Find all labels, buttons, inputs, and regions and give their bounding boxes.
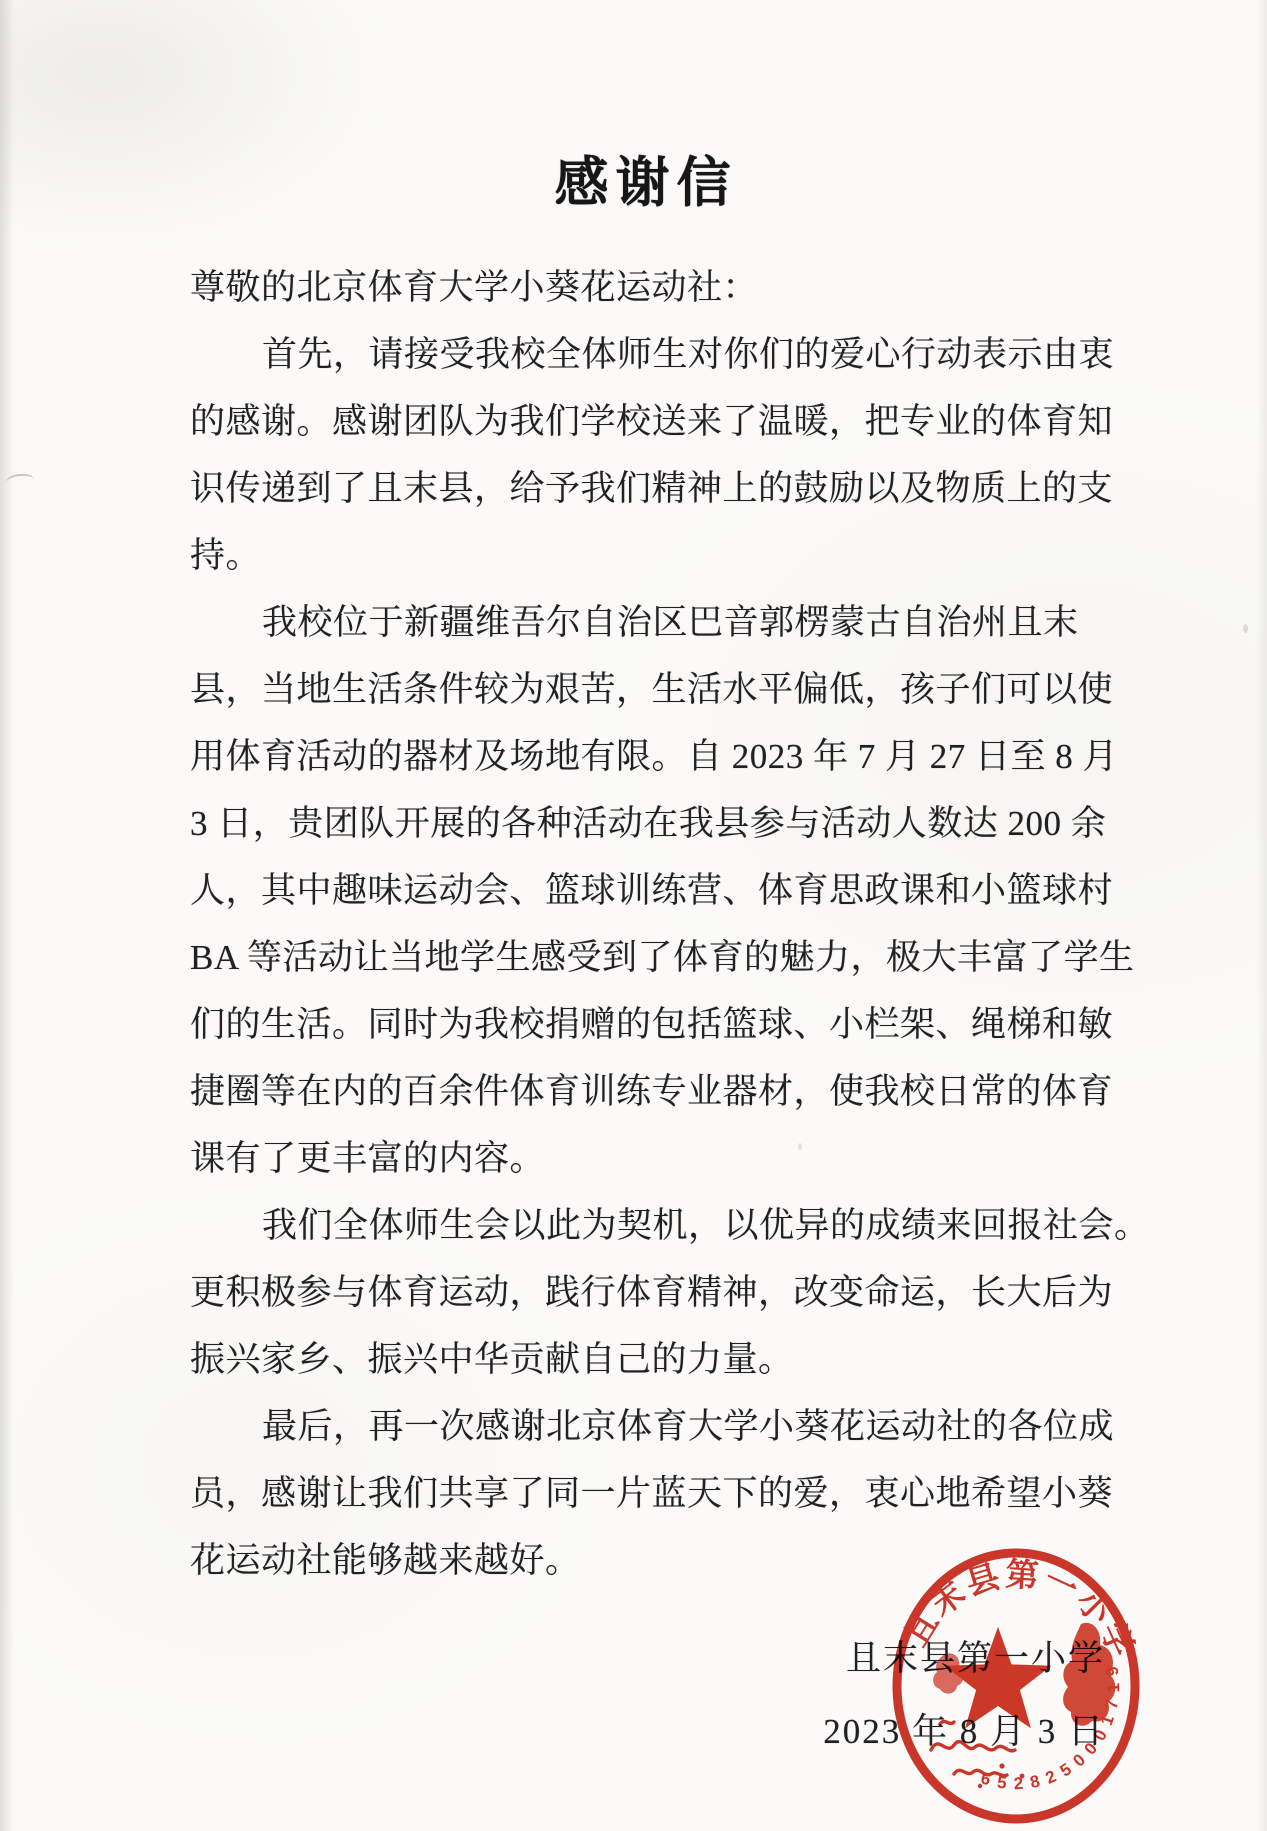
seal-ink-smudge-small <box>933 1653 964 1693</box>
body-line: 员，感谢让我们共享了同一片蓝天下的爱，衷心地希望小葵 <box>190 1460 1105 1527</box>
body-line: 的感谢。感谢团队为我们学校送来了温暖，把专业的体育知 <box>190 388 1105 455</box>
body-line: 振兴家乡、振兴中华贡献自己的力量。 <box>190 1326 1105 1393</box>
body-line: 我校位于新疆维吾尔自治区巴音郭楞蒙古自治州且末 <box>190 589 1105 656</box>
body-line: 更积极参与体育运动，践行体育精神，改变命运，长大后为 <box>190 1259 1105 1326</box>
body-line: 持。 <box>190 522 1105 589</box>
body-line: 捷圈等在内的百余件体育训练专业器材，使我校日常的体育 <box>190 1058 1105 1125</box>
letter-title: 感谢信 <box>190 140 1102 217</box>
salutation-line: 尊敬的北京体育大学小葵花运动社： <box>190 254 1105 321</box>
letter-body: 尊敬的北京体育大学小葵花运动社： 首先，请接受我校全体师生对你们的爱心行动表示由… <box>190 254 1105 1594</box>
body-line: 首先，请接受我校全体师生对你们的爱心行动表示由衷 <box>190 321 1105 388</box>
scan-edge-shadow-left <box>0 0 14 1831</box>
body-line: 人，其中趣味运动会、篮球训练营、体育思政课和小篮球村 <box>190 857 1105 924</box>
scan-speck <box>1243 624 1248 633</box>
body-line: 最后，再一次感谢北京体育大学小葵花运动社的各位成 <box>190 1393 1105 1460</box>
body-line: 县，当地生活条件较为艰苦，生活水平偏低，孩子们可以使 <box>190 656 1105 723</box>
body-lines: 首先，请接受我校全体师生对你们的爱心行动表示由衷的感谢。感谢团队为我们学校送来了… <box>190 321 1105 1594</box>
body-line: 们的生活。同时为我校捐赠的包括篮球、小栏架、绳梯和敏 <box>190 991 1105 1058</box>
letter-page: 感谢信 尊敬的北京体育大学小葵花运动社： 首先，请接受我校全体师生对你们的爱心行… <box>0 0 1267 1831</box>
body-line: 3 日，贵团队开展的各种活动在我县参与活动人数达 200 余 <box>190 790 1105 857</box>
body-line: 我们全体师生会以此为契机，以优异的成绩来回报社会。 <box>190 1192 1105 1259</box>
body-line: 课有了更丰富的内容。 <box>190 1125 1105 1192</box>
scan-edge-shadow-right <box>1257 0 1267 1831</box>
body-line: 用体育活动的器材及场地有限。自 2023 年 7 月 27 日至 8 月 <box>190 723 1105 790</box>
official-seal: 且末县第一小学 6528250001719 <box>876 1538 1158 1831</box>
body-line: 识传递到了且末县，给予我们精神上的鼓励以及物质上的支 <box>190 455 1105 522</box>
body-line: BA 等活动让当地学生感受到了体育的魅力，极大丰富了学生 <box>190 924 1105 991</box>
